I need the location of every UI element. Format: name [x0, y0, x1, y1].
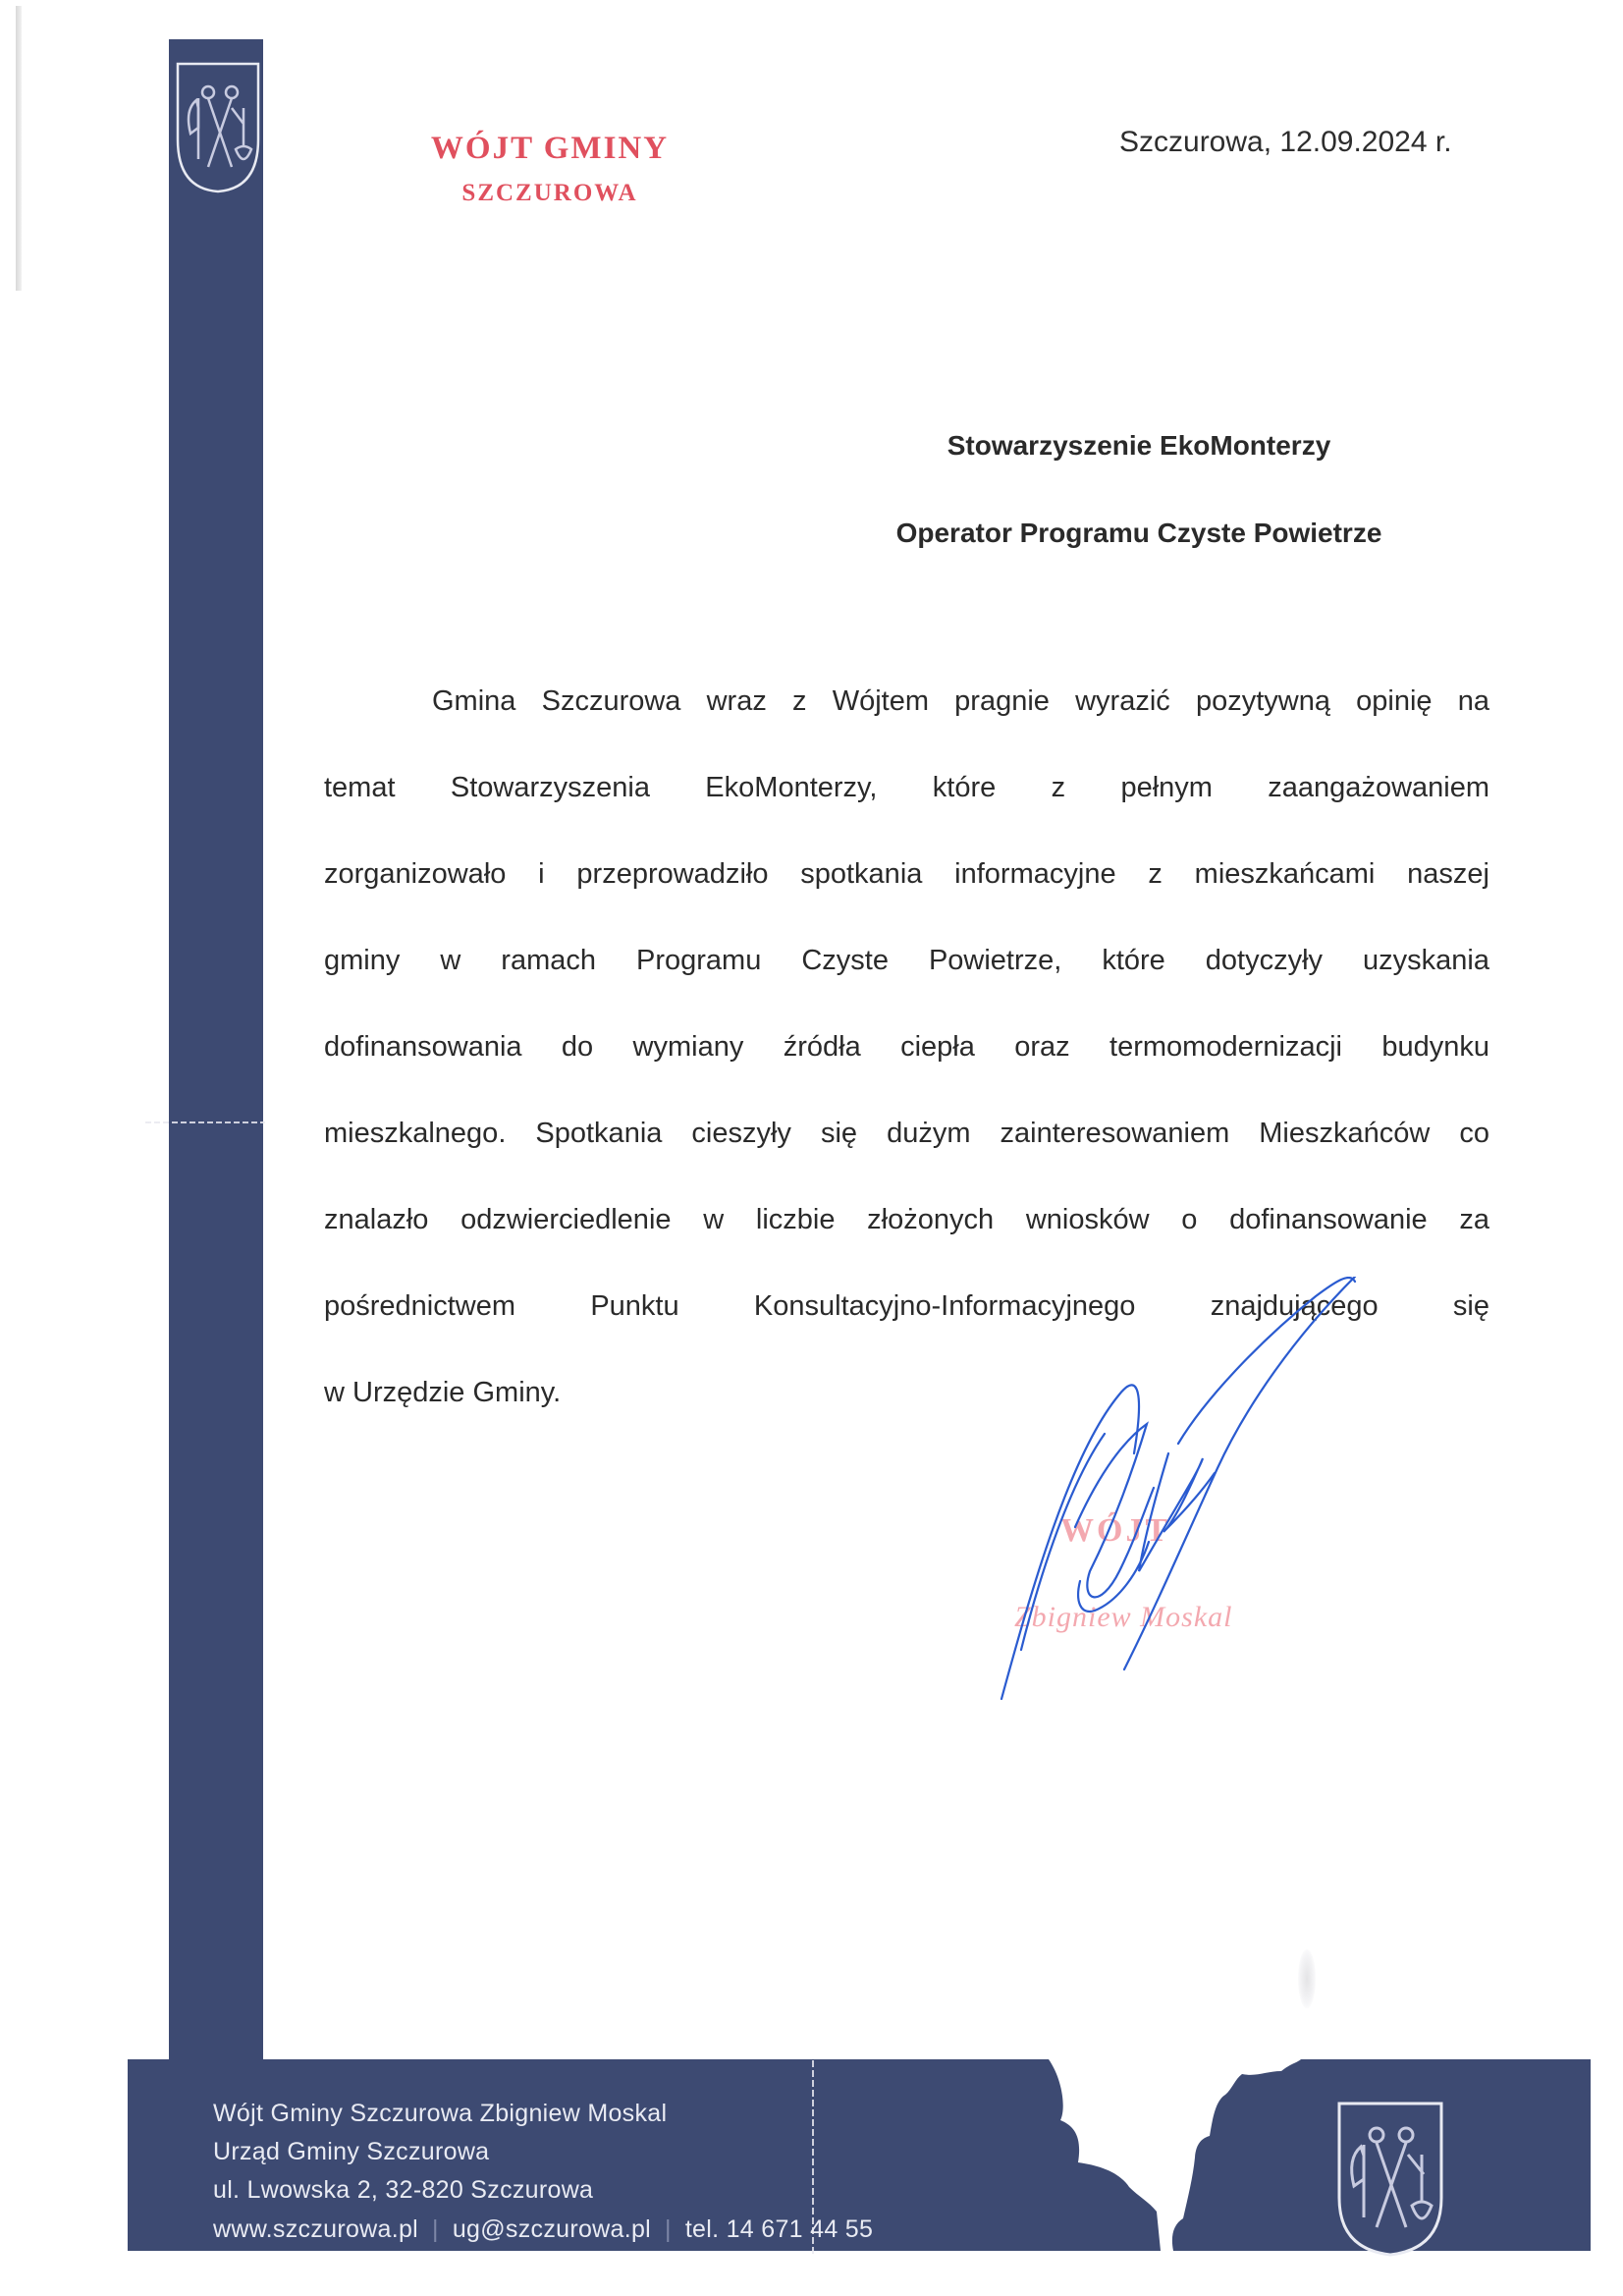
body-line: temat Stowarzyszenia EkoMonterzy, które … [324, 772, 1489, 804]
coat-of-arms-icon [175, 61, 261, 194]
scan-smudge-artifact [1298, 1949, 1316, 2008]
footer-contacts: www.szczurowa.pl|ug@szczurowa.pl|tel. 14… [213, 2215, 873, 2244]
body-line: dofinansowania do wymiany źródła ciepła … [324, 1031, 1489, 1064]
separator: | [418, 2215, 453, 2243]
footer-office: Urząd Gminy Szczurowa [213, 2138, 489, 2166]
body-line: gminy w ramach Programu Czyste Powietrze… [324, 945, 1489, 977]
separator: | [651, 2215, 685, 2243]
coat-of-arms-icon [1335, 2100, 1445, 2257]
footer-email-link[interactable]: ug@szczurowa.pl [453, 2215, 651, 2243]
handwritten-signature-icon [982, 1277, 1394, 1768]
body-line: mieszkalnego. Spotkania cieszyły się duż… [324, 1118, 1489, 1150]
footer-website-link[interactable]: www.szczurowa.pl [213, 2215, 418, 2243]
body-line: zorganizowało i przeprowadziło spotkania… [324, 858, 1489, 891]
letterhead-vertical-bar [169, 39, 263, 2082]
footer-mayor: Wójt Gminy Szczurowa Zbigniew Moskal [213, 2100, 667, 2128]
recipient-name: Stowarzyszenie EkoMonterzy [844, 430, 1434, 462]
fold-crease [145, 1121, 265, 1123]
letter-page: WÓJT GMINY SZCZUROWA Szczurowa, 12.09.20… [0, 0, 1623, 2296]
stamp-municipality: SZCZUROWA [393, 180, 707, 207]
date-line: Szczurowa, 12.09.2024 r. [1119, 126, 1452, 159]
stamp-title: WÓJT GMINY [393, 131, 707, 167]
scan-edge-artifact [16, 6, 22, 291]
recipient-role: Operator Programu Czyste Powietrze [844, 518, 1434, 549]
footer-phone: tel. 14 671 44 55 [685, 2215, 873, 2243]
footer-address: ul. Lwowska 2, 32-820 Szczurowa [213, 2176, 593, 2205]
body-line: Gmina Szczurowa wraz z Wójtem pragnie wy… [324, 685, 1489, 718]
body-line: znalazło odzwierciedlenie w liczbie złoż… [324, 1204, 1489, 1236]
